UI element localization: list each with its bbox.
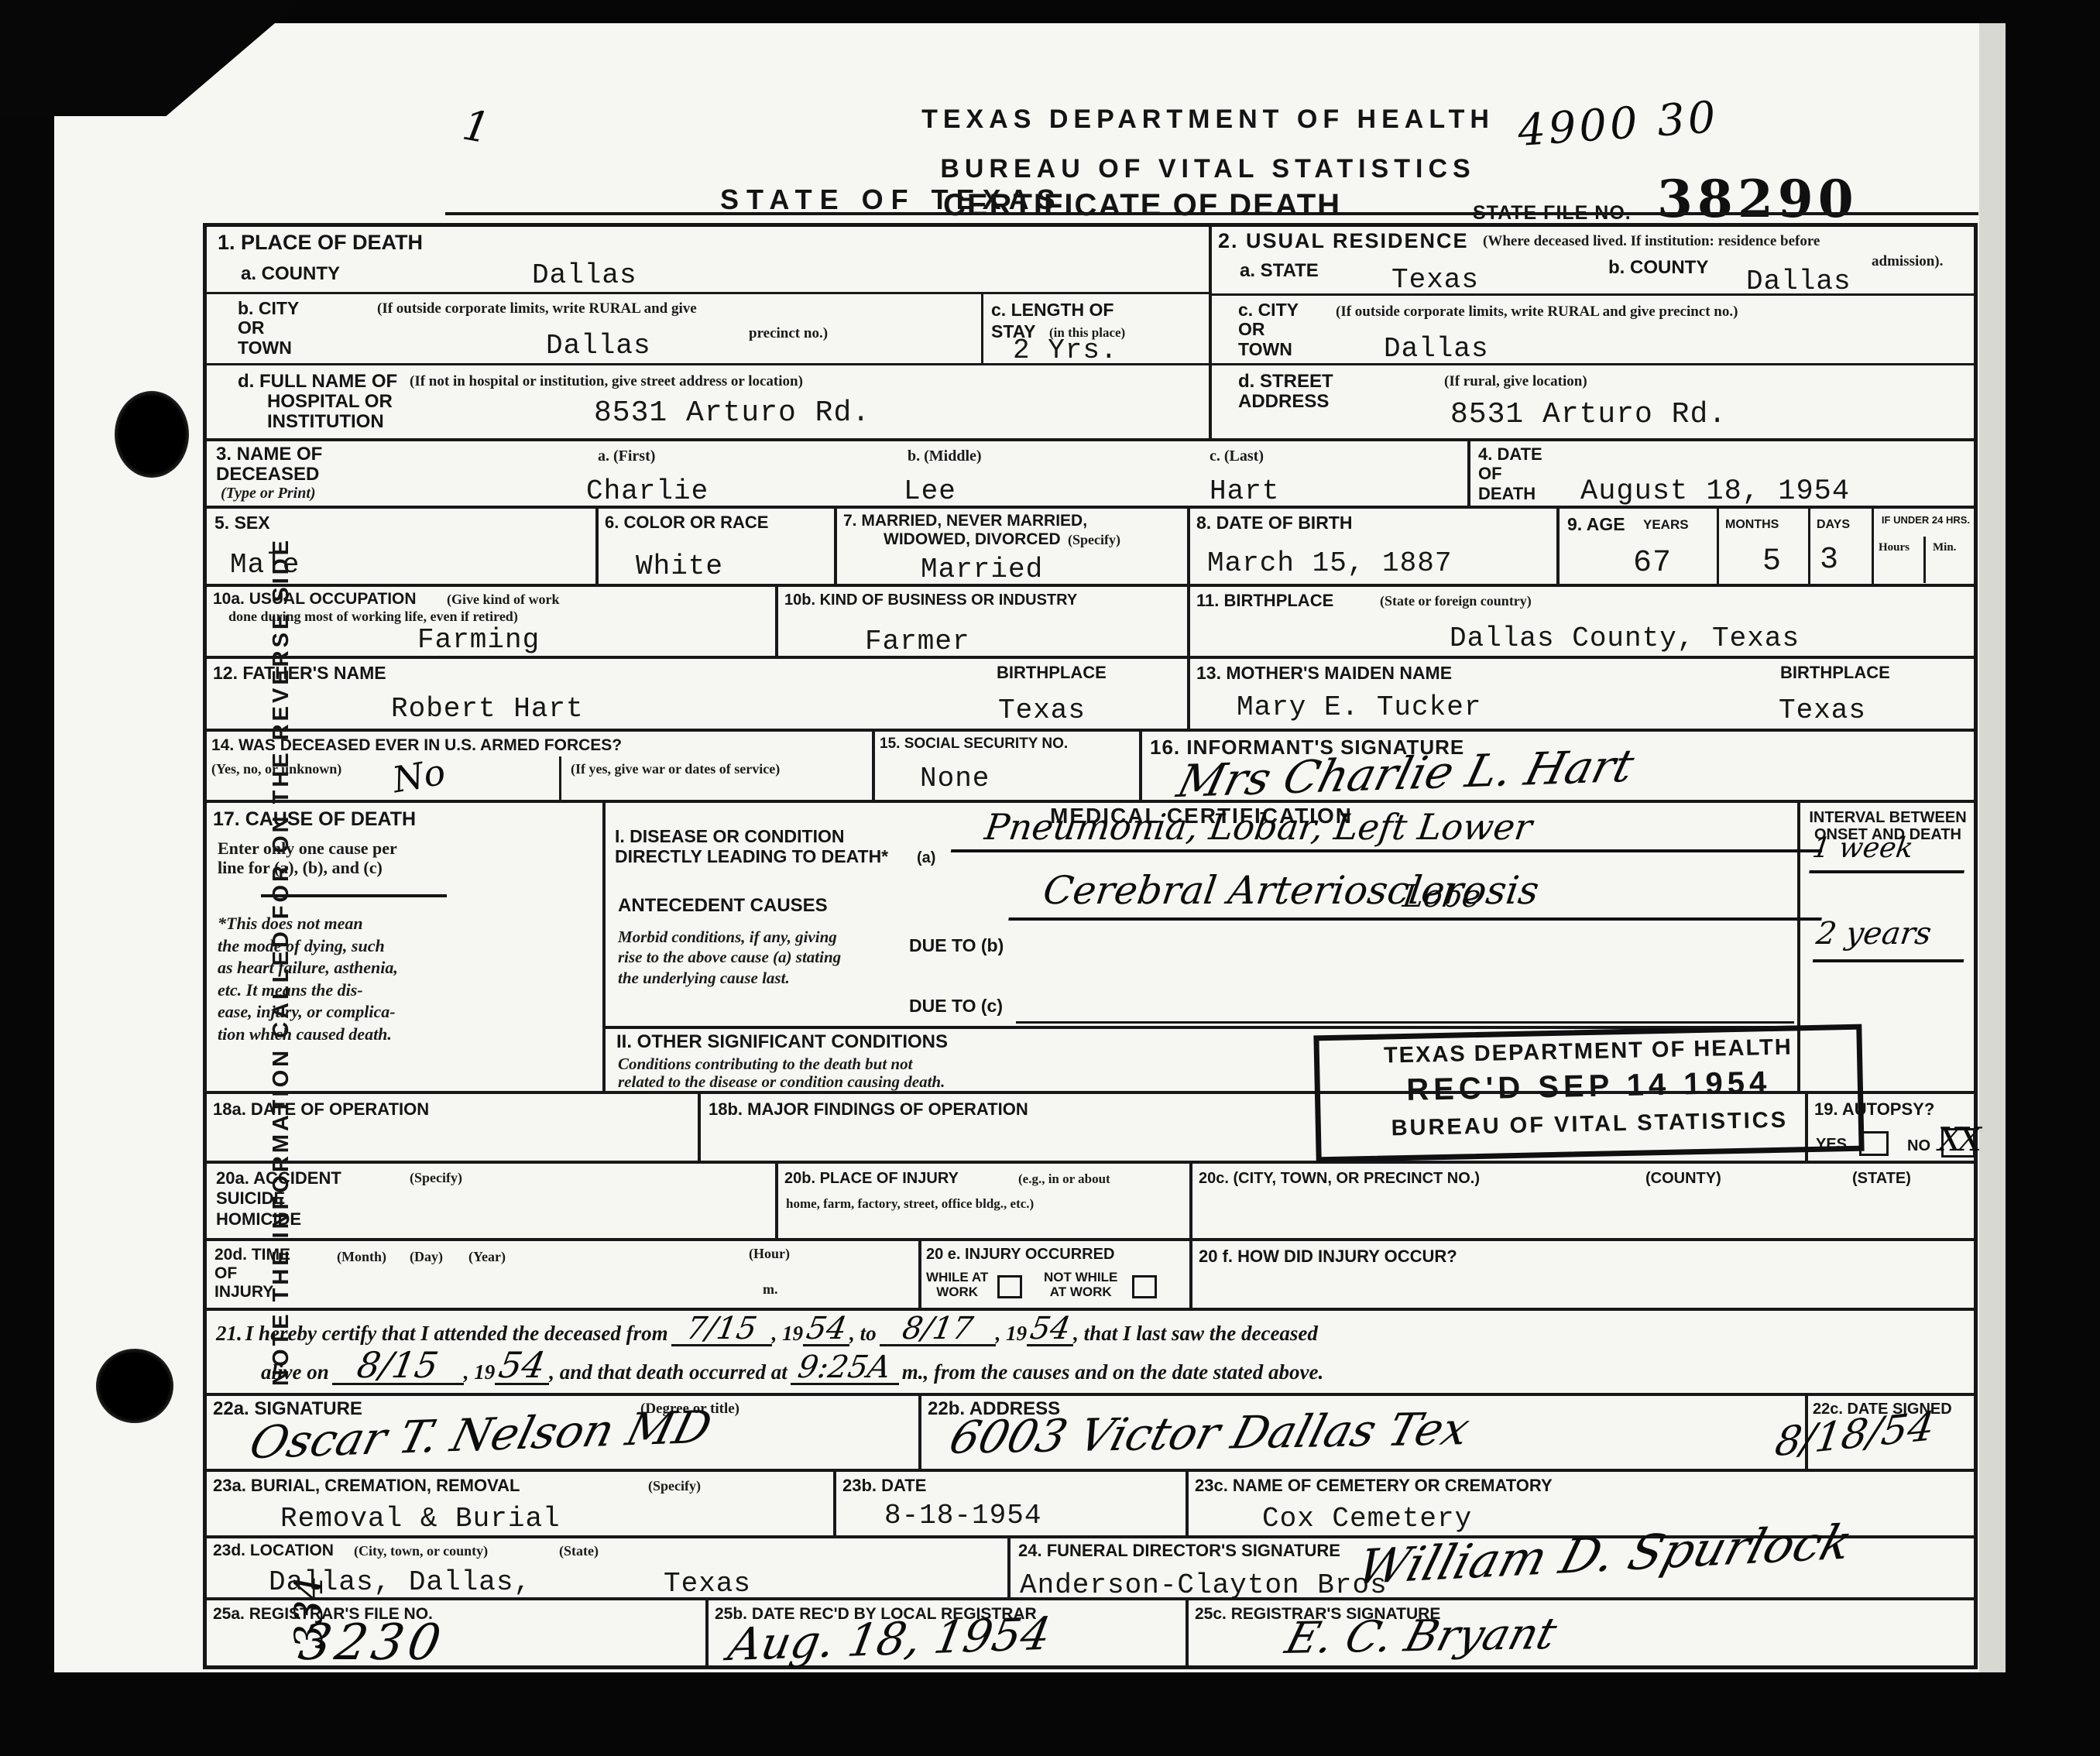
field-13-mothers-maiden-name: 13. MOTHER'S MAIDEN NAME BIRTHPLACE Mary… <box>1190 659 1974 729</box>
s11-value: Dallas County, Texas <box>1450 622 1800 654</box>
s20b-hint: (e.g., in or about <box>1018 1171 1110 1187</box>
s5-label: 5. SEX <box>214 513 270 533</box>
s9-min-label: Min. <box>1933 541 1956 554</box>
s17-a-value: Pneumonia, Lobar, Left Lower <box>951 806 1828 852</box>
field-3-name-of-deceased: 3. NAME OF DECEASED (Type or Print) a. (… <box>207 441 1470 506</box>
s7-label2: WIDOWED, DIVORCED <box>884 530 1061 548</box>
field-20a-accident-suicide-homicide: 20a. ACCIDENT SUICIDE HOMICIDE (Specify) <box>207 1164 778 1238</box>
s2-state-label: a. STATE <box>1240 261 1319 281</box>
stamp-line3: BUREAU OF VITAL STATISTICS <box>1321 1107 1859 1143</box>
field-25a-registrars-file-no: 25a. REGISTRAR'S FILE NO. 3230 <box>207 1600 709 1665</box>
field-11-birthplace: 11. BIRTHPLACE (State or foreign country… <box>1190 587 1974 656</box>
s2-street-hint: (If rural, give location) <box>1444 373 1587 390</box>
s21-from-date: 7/15 <box>671 1322 772 1346</box>
s20d-month-label: (Month) <box>337 1249 386 1265</box>
s8-value: March 15, 1887 <box>1207 547 1452 579</box>
s17-other-title: II. OTHER SIGNIFICANT CONDITIONS <box>616 1032 948 1052</box>
s11-label: 11. BIRTHPLACE <box>1196 592 1333 610</box>
rule <box>261 894 447 897</box>
s23d-state-value: Texas <box>664 1568 751 1600</box>
s12-label: 12. FATHER'S NAME <box>213 664 386 683</box>
s2-title: 2. USUAL RESIDENCE <box>1218 230 1469 253</box>
s1-city-hint: (If outside corporate limits, write RURA… <box>377 300 697 317</box>
s1-city-cell: b. CITY OR TOWN (If outside corporate li… <box>207 294 983 363</box>
s20c-state-label: (STATE) <box>1852 1170 1911 1187</box>
s9-label: 9. AGE <box>1567 515 1625 534</box>
s3-title: 3. NAME OF DECEASED <box>216 444 322 485</box>
s25b-value: Aug. 18, 1954 <box>725 1607 1055 1671</box>
s14-hint2: (If yes, give war or dates of service) <box>571 761 780 777</box>
punch-hole <box>96 1349 173 1423</box>
s20d-hour-label: (Hour) <box>749 1246 790 1262</box>
s25a-value: 3230 <box>294 1614 449 1672</box>
field-22c-date-signed: 22c. DATE SIGNED 8/18/54 <box>1808 1396 1974 1469</box>
s20f-label: 20 f. HOW DID INJURY OCCUR? <box>1199 1247 1457 1266</box>
s21-text-5: , that I last saw the deceased <box>1073 1322 1318 1345</box>
divider <box>559 756 561 803</box>
s17-c-blank-line <box>1016 1021 1794 1024</box>
s3-last-value: Hart <box>1210 475 1279 507</box>
not-while-at-work-checkbox <box>1132 1275 1157 1298</box>
s21-text-7: , 19 <box>464 1360 496 1384</box>
s15-value: None <box>920 763 990 794</box>
s10b-label: 10b. KIND OF BUSINESS OR INDUSTRY <box>784 592 1077 609</box>
s17-note1: Enter only one cause per line for (a), (… <box>218 839 397 878</box>
field-10a-occupation: 10a. USUAL OCCUPATION (Give kind of work… <box>207 587 778 656</box>
divider <box>1923 537 1926 583</box>
stamp-line2: REC'D SEP 14 1954 <box>1319 1064 1858 1110</box>
s12-birthplace-value: Texas <box>998 695 1086 726</box>
s10b-value: Farmer <box>865 626 970 657</box>
s7-label: 7. MARRIED, NEVER MARRIED, <box>843 512 1087 530</box>
field-4-date-of-death: 4. DATE OF DEATH August 18, 1954 <box>1470 441 1974 506</box>
s3-first-label: a. (First) <box>598 448 655 465</box>
s1-hospital-value: 8531 Arturo Rd. <box>594 396 870 430</box>
s22b-value: 6003 Victor Dallas Tex <box>944 1402 1475 1464</box>
s21-to-date: 8/17 <box>880 1322 996 1346</box>
field-20f-how-injury-occurred: 20 f. HOW DID INJURY OCCUR? <box>1192 1241 1974 1308</box>
s5-value: Male <box>230 549 300 581</box>
field-6-color-or-race: 6. COLOR OR RACE White <box>599 509 837 584</box>
s17-title: 17. CAUSE OF DEATH <box>213 809 416 831</box>
field-21-physician-certification: 21. I hereby certify that I attended the… <box>207 1311 1974 1393</box>
s20e-label: 20 e. INJURY OCCURRED <box>926 1246 1114 1263</box>
s23a-label: 23a. BURIAL, CREMATION, REMOVAL <box>213 1476 520 1495</box>
s2-county-value: Dallas <box>1746 266 1851 297</box>
s25c-value: E. C. Bryant <box>1280 1609 1562 1664</box>
header-department: TEXAS DEPARTMENT OF HEALTH <box>867 105 1549 134</box>
s3-last-label: c. (Last) <box>1210 448 1264 465</box>
s14-label: 14. WAS DECEASED EVER IN U.S. ARMED FORC… <box>211 736 622 754</box>
field-15-social-security: 15. SOCIAL SECURITY NO. None <box>875 732 1142 800</box>
field-12-fathers-name: 12. FATHER'S NAME BIRTHPLACE Robert Hart… <box>207 659 1190 729</box>
field-22b-address: 22b. ADDRESS 6003 Victor Dallas Tex <box>921 1396 1808 1469</box>
s9-months-label: MONTHS <box>1725 518 1779 532</box>
field-5-sex: 5. SEX Male <box>207 509 599 584</box>
s19-no-label: NO <box>1907 1137 1930 1154</box>
s9-days-label: DAYS <box>1817 518 1850 532</box>
s23d-value: Dallas, Dallas, <box>269 1566 531 1598</box>
s2-city-label: c. CITY OR TOWN <box>1238 300 1299 359</box>
s3-middle-value: Lee <box>904 475 956 507</box>
s1-city-value: Dallas <box>546 330 651 362</box>
s24-typed-value: Anderson-Clayton Bros <box>1020 1569 1388 1601</box>
s10a-hint2: done during most of working life, even i… <box>228 609 518 625</box>
field-18a-date-of-operation: 18a. DATE OF OPERATION <box>207 1094 701 1161</box>
s12-value: Robert Hart <box>391 693 584 725</box>
s23c-value: Cox Cemetery <box>1262 1503 1472 1535</box>
header-bureau: BUREAU OF VITAL STATISTICS <box>867 155 1549 183</box>
s10a-label: 10a. USUAL OCCUPATION <box>213 590 417 608</box>
s1-hospital-label: d. FULL NAME OF <box>238 372 397 392</box>
s2-title-hint: (Where deceased lived. If institution: r… <box>1483 233 1820 250</box>
s17-interval-b: 2 years <box>1813 916 1970 962</box>
s23a-hint: (Specify) <box>648 1478 701 1494</box>
s1-stay-label: c. LENGTH OF <box>991 300 1113 320</box>
s21-number: 21. <box>216 1322 242 1345</box>
s17-due-c-label: DUE TO (c) <box>909 996 1003 1016</box>
s1-length-of-stay-cell: c. LENGTH OF STAY (in this place) 2 Yrs. <box>983 294 1209 363</box>
s1-stay-value: 2 Yrs. <box>1013 334 1118 366</box>
field-20e-injury-occurred: 20 e. INJURY OCCURRED WHILE AT WORK NOT … <box>921 1241 1192 1308</box>
s20d-year-label: (Year) <box>468 1249 506 1265</box>
s7-value: Married <box>921 554 1043 585</box>
s23b-value: 8-18-1954 <box>884 1500 1041 1531</box>
field-25b-date-recd: 25b. DATE REC'D BY LOCAL REGISTRAR Aug. … <box>709 1600 1189 1665</box>
s21-alive-year: 54 <box>495 1359 549 1385</box>
field-10b-business: 10b. KIND OF BUSINESS OR INDUSTRY Farmer <box>778 587 1190 656</box>
field-8-date-of-birth: 8. DATE OF BIRTH March 15, 1887 <box>1190 509 1560 584</box>
field-23d-location: 23d. LOCATION (City, town, or county) (S… <box>207 1538 1011 1597</box>
s2-title-hint2: admission). <box>1872 253 1943 270</box>
s13-birthplace-value: Texas <box>1779 695 1866 726</box>
s13-value: Mary E. Tucker <box>1237 691 1481 723</box>
field-23b-date: 23b. DATE 8-18-1954 <box>836 1472 1189 1535</box>
s14-hint1: (Yes, no, or unknown) <box>211 761 341 777</box>
s3-middle-label: b. (Middle) <box>908 448 982 465</box>
s21-alive-date: 8/15 <box>332 1359 464 1385</box>
s2-city-value: Dallas <box>1384 333 1489 365</box>
s9-years-value: 67 <box>1633 546 1672 581</box>
field-9-age: 9. AGE YEARS MONTHS DAYS IF UNDER 24 HRS… <box>1560 509 1974 584</box>
autopsy-no-mark: XX <box>1938 1120 1978 1158</box>
s10a-value: Farming <box>417 624 540 656</box>
s1-county-value: Dallas <box>532 259 637 291</box>
divider <box>1717 509 1719 584</box>
header-rule <box>445 212 1978 215</box>
s6-label: 6. COLOR OR RACE <box>605 513 768 532</box>
s9-u24-label: IF UNDER 24 HRS. <box>1875 515 1976 526</box>
s17-due-b-label: DUE TO (b) <box>909 936 1004 955</box>
field-23c-cemetery: 23c. NAME OF CEMETERY OR CREMATORY Cox C… <box>1189 1472 1974 1535</box>
s21-text-3: , to <box>849 1322 877 1345</box>
s1-city-hint2: precinct no.) <box>749 325 828 342</box>
while-at-work-checkbox <box>997 1275 1022 1298</box>
s4-value: August 18, 1954 <box>1580 475 1850 508</box>
s9-hours-label: Hours <box>1879 541 1910 554</box>
s14-value: No <box>389 751 448 801</box>
field-24-funeral-director: 24. FUNERAL DIRECTOR'S SIGNATURE Anderso… <box>1011 1538 1974 1597</box>
s2-street-value: 8531 Arturo Rd. <box>1450 398 1727 431</box>
s13-birthplace-label: BIRTHPLACE <box>1780 664 1890 682</box>
s13-label: 13. MOTHER'S MAIDEN NAME <box>1196 664 1452 683</box>
s17-b-value: Cerebral Arteriosclerosis <box>1008 868 1829 921</box>
field-20b-place-of-injury: 20b. PLACE OF INJURY (e.g., in or about … <box>778 1164 1192 1238</box>
paper-edge-shadow <box>1979 23 2006 1672</box>
s23d-label: 23d. LOCATION <box>213 1542 334 1559</box>
field-23a-burial-cremation-removal: 23a. BURIAL, CREMATION, REMOVAL (Specify… <box>207 1472 836 1535</box>
divider <box>1808 509 1810 584</box>
s20c-label: 20c. (CITY, TOWN, OR PRECINCT NO.) <box>1199 1170 1480 1187</box>
field-2-usual-residence: 2. USUAL RESIDENCE (Where deceased lived… <box>1212 227 1974 438</box>
s17-disease-label: I. DISEASE OR CONDITION DIRECTLY LEADING… <box>615 826 888 867</box>
s21-text-9: m., from the causes and on the date stat… <box>902 1360 1323 1384</box>
s20d-m-label: m. <box>763 1281 778 1298</box>
s10a-hint: (Give kind of work <box>447 592 560 608</box>
s1-county-label: a. COUNTY <box>241 264 340 284</box>
scanned-death-certificate: NOTE THE INFORMATION CALLED FOR ON THE R… <box>0 0 2100 1756</box>
certificate-form: 1. PLACE OF DEATH a. COUNTY Dallas b. CI… <box>203 223 1978 1669</box>
s2-state-value: Texas <box>1391 264 1479 296</box>
s17-a-tag: (a) <box>917 849 935 866</box>
s17-morbid-note: Morbid conditions, if any, giving rise t… <box>618 927 841 988</box>
s23c-label: 23c. NAME OF CEMETERY OR CREMATORY <box>1195 1476 1553 1495</box>
s21-from-year: 54 <box>803 1322 849 1346</box>
field-25c-registrar-signature: 25c. REGISTRAR'S SIGNATURE E. C. Bryant <box>1189 1600 1974 1665</box>
field-22a-signature: 22a. SIGNATURE (Degree or title) Oscar T… <box>207 1396 921 1469</box>
s23a-value: Removal & Burial <box>280 1503 561 1535</box>
s20a-hint: (Specify) <box>410 1170 462 1186</box>
divider <box>1872 509 1874 584</box>
s17-other-note: Conditions contributing to the death but… <box>618 1055 945 1091</box>
s9-days-value: 3 <box>1820 543 1839 578</box>
s21-text-6: alive on <box>261 1360 329 1384</box>
s20e-notwhile-label: NOT WHILE AT WORK <box>1044 1271 1117 1299</box>
field-16-informant-signature: 16. INFORMANT'S SIGNATURE Mrs Charlie L.… <box>1142 732 1974 800</box>
s20a-label: 20a. ACCIDENT SUICIDE HOMICIDE <box>216 1168 341 1230</box>
s21-text-2: , 19 <box>772 1322 804 1345</box>
s11-hint: (State or foreign country) <box>1380 593 1532 609</box>
s17-antecedent-label: ANTECEDENT CAUSES <box>618 896 828 916</box>
s1-title: 1. PLACE OF DEATH <box>218 232 423 255</box>
s20e-while-label: WHILE AT WORK <box>926 1271 988 1299</box>
field-20d-time-of-injury: 20d. TIME OF INJURY (Month) (Day) (Year)… <box>207 1241 921 1308</box>
s4-label: 4. DATE OF DEATH <box>1478 444 1542 503</box>
s21-to-year: 54 <box>1027 1322 1073 1346</box>
s21-text-8: , and that death occurred at <box>549 1360 787 1384</box>
s21-text-1: I hereby certify that I attended the dec… <box>245 1322 668 1345</box>
s2-city-hint: (If outside corporate limits, write RURA… <box>1336 304 1738 321</box>
s23d-state-hint: (State) <box>559 1543 599 1559</box>
s24-label: 24. FUNERAL DIRECTOR'S SIGNATURE <box>1018 1542 1340 1560</box>
s2-street-label: d. STREET ADDRESS <box>1238 372 1333 413</box>
s1-hospital-label2: HOSPITAL OR INSTITUTION <box>267 392 393 433</box>
s23d-hint: (City, town, or county) <box>354 1543 488 1559</box>
s8-label: 8. DATE OF BIRTH <box>1196 513 1352 533</box>
received-stamp: TEXAS DEPARTMENT OF HEALTH REC'D SEP 14 … <box>1313 1024 1864 1163</box>
s20c-county-label: (COUNTY) <box>1645 1170 1721 1187</box>
certificate-title: CERTIFICATE OF DEATH <box>943 188 1341 222</box>
s20b-hint2: home, farm, factory, street, office bldg… <box>786 1196 1034 1212</box>
s21-death-time: 9:25A <box>791 1361 899 1385</box>
s12-birthplace-label: BIRTHPLACE <box>997 664 1107 682</box>
s9-months-value: 5 <box>1762 544 1782 579</box>
s17-interval-a: 1 week <box>1809 832 1969 873</box>
field-1-place-of-death: 1. PLACE OF DEATH a. COUNTY Dallas b. CI… <box>207 227 1212 438</box>
s7-label2-hint: (Specify) <box>1068 532 1120 548</box>
s21-text-4: , 19 <box>996 1322 1028 1345</box>
s23b-label: 23b. DATE <box>842 1476 926 1495</box>
s18a-label: 18a. DATE OF OPERATION <box>213 1100 429 1119</box>
field-14-armed-forces: 14. WAS DECEASED EVER IN U.S. ARMED FORC… <box>207 732 875 800</box>
field-20c-injury-location: 20c. (CITY, TOWN, OR PRECINCT NO.) (COUN… <box>1192 1164 1974 1238</box>
state-file-number: 38290 <box>1657 169 1858 229</box>
s2-county-label: b. COUNTY <box>1608 258 1708 278</box>
field-17-cause-of-death-notes: 17. CAUSE OF DEATH Enter only one cause … <box>207 803 606 1091</box>
s15-label: 15. SOCIAL SECURITY NO. <box>880 736 1068 753</box>
s18b-label: 18b. MAJOR FINDINGS OF OPERATION <box>709 1100 1028 1119</box>
s3-first-value: Charlie <box>586 475 709 507</box>
field-7-marital-status: 7. MARRIED, NEVER MARRIED, WIDOWED, DIVO… <box>837 509 1190 584</box>
s1-hospital-hint: (If not in hospital or institution, give… <box>410 373 803 390</box>
s20d-label: 20d. TIME OF INJURY <box>214 1246 290 1302</box>
s1-city-label: b. CITY OR TOWN <box>238 299 299 358</box>
punch-hole <box>115 391 189 478</box>
s6-value: White <box>636 550 723 582</box>
s20d-day-label: (Day) <box>410 1249 443 1265</box>
s9-years-label: YEARS <box>1643 518 1689 533</box>
s17-note2: *This does not mean the mode of dying, s… <box>218 913 398 1046</box>
s20b-label: 20b. PLACE OF INJURY <box>784 1170 959 1187</box>
s3-title-hint: (Type or Print) <box>221 485 316 502</box>
